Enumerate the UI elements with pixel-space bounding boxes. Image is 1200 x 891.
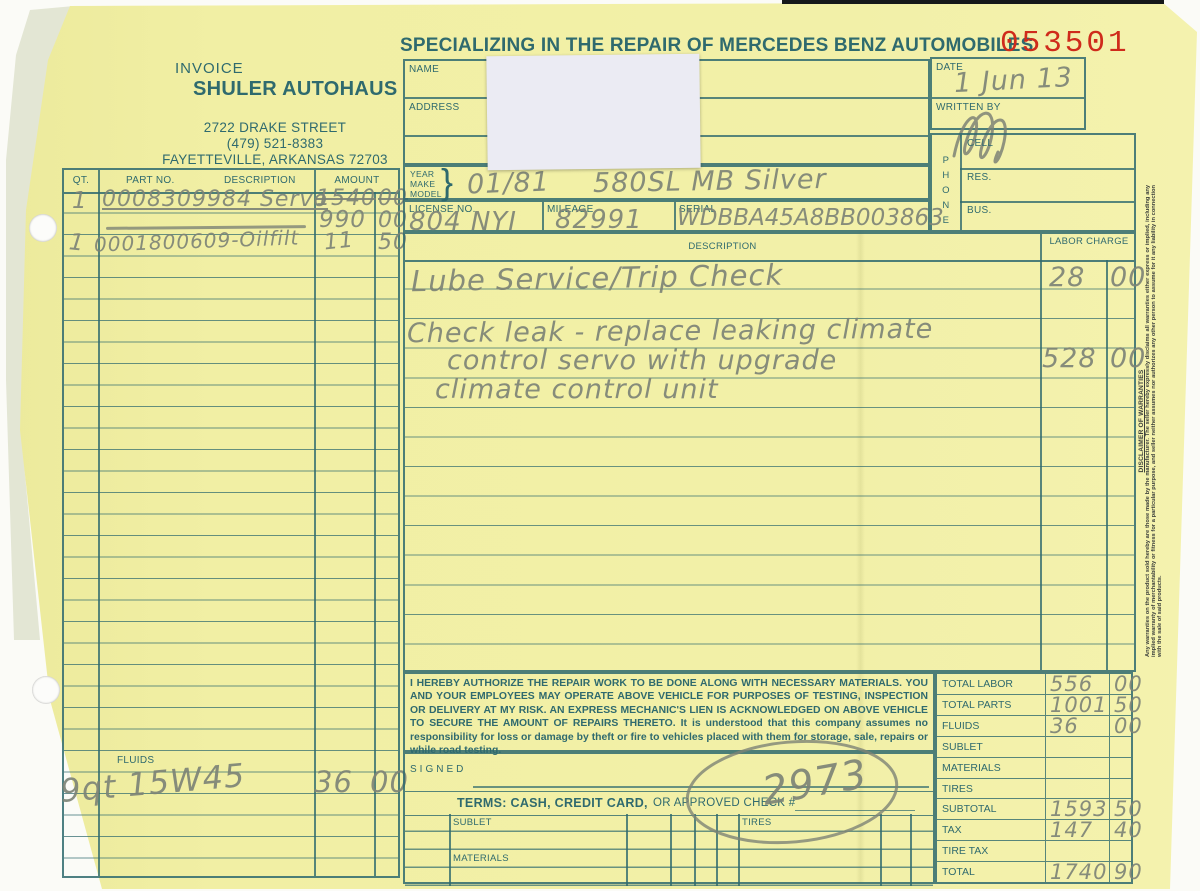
totals-row-label: TIRES (937, 779, 1046, 799)
totals-amount-cell: 1593 (1046, 799, 1110, 819)
part-qty-handwriting: 1 (72, 190, 88, 213)
terms-label: TERMS: CASH, CREDIT CARD, (457, 796, 648, 810)
amount-header: AMOUNT (314, 175, 400, 186)
mileage-handwriting: 82991 (555, 207, 643, 233)
totals-row: TOTAL LABOR 556 00 (937, 674, 1131, 694)
privacy-sticker (486, 54, 700, 171)
materials-label: MATERIALS (453, 853, 509, 864)
totals-row-label: TOTAL (937, 862, 1046, 882)
labor-table: DESCRIPTION LABOR CHARGE Lube Service/Tr… (403, 232, 1136, 672)
year-model-handwriting: 01/81 (467, 169, 551, 199)
brace-glyph: } (441, 161, 453, 203)
totals-amount-cell: 147 (1046, 820, 1110, 840)
totals-cents-cell (1110, 841, 1131, 861)
totals-row: FLUIDS 36 00 (937, 715, 1131, 736)
name-label: NAME (409, 64, 439, 75)
totals-row-label: SUBTOTAL (937, 799, 1046, 819)
column-divider (542, 202, 544, 230)
column-divider (910, 814, 912, 886)
totals-amount-cell: 36 (1046, 716, 1110, 736)
invoice-number: 053501 (1000, 26, 1130, 61)
totals-amount-handwriting: 147 (1050, 818, 1093, 842)
sublet-label: SUBLET (453, 817, 492, 828)
column-divider (960, 135, 962, 230)
totals-amount-cell: 1740 (1046, 862, 1110, 882)
year-make-model-box: YEAR MAKE MODEL } 01/81 580SL MB Silver (403, 165, 930, 200)
qty-header: QT. (64, 175, 98, 186)
scan-shadow-line (782, 0, 1164, 4)
totals-cents-handwriting: 00 (1114, 714, 1143, 738)
parts-table: QT. PART NO. DESCRIPTION AMOUNT 1 000830… (62, 168, 400, 878)
labor-description-header: DESCRIPTION (405, 241, 1040, 252)
totals-row-label: TOTAL LABOR (937, 674, 1046, 694)
totals-cents-handwriting: 90 (1114, 860, 1143, 884)
totals-cents-cell (1110, 779, 1131, 799)
part-no-header: PART NO. (126, 175, 175, 186)
column-divider (674, 202, 676, 230)
part-amount-handwriting: 11 (323, 229, 355, 254)
totals-cents-cell: 00 (1110, 674, 1131, 694)
cell-label: CELL (967, 138, 993, 149)
address-label: ADDRESS (409, 102, 459, 113)
totals-row-label: FLUIDS (937, 716, 1046, 736)
row-divider (960, 201, 1134, 203)
totals-cents-handwriting: 40 (1114, 818, 1143, 842)
totals-amount-handwriting: 1740 (1050, 860, 1107, 884)
make-model-handwriting: 580SL MB Silver (593, 166, 827, 197)
part-qty-handwriting: 1 (68, 231, 86, 256)
punch-hole (29, 214, 57, 242)
totals-row-label: TOTAL PARTS (937, 695, 1046, 715)
serial-handwriting: WDBBA45A8BB003863 (677, 207, 944, 230)
warranty-disclaimer: DISCLAIMER OF WARRANTIES Any warranties … (1138, 185, 1163, 657)
labor-amount-handwriting: 28 (1049, 264, 1085, 291)
totals-amount-cell (1046, 758, 1110, 778)
labor-line4-handwriting: climate control unit (435, 376, 719, 403)
totals-cents-cell: 00 (1110, 716, 1131, 736)
totals-amount-cell (1046, 737, 1110, 757)
labor-line3-handwriting: control servo with upgrade (447, 347, 837, 374)
year-label: YEAR (410, 169, 434, 179)
parts-description-header: DESCRIPTION (224, 175, 296, 186)
totals-row-label: TIRE TAX (937, 841, 1046, 861)
totals-amount-cell (1046, 841, 1110, 861)
date-box: DATE WRITTEN BY 1 Jun 13 (930, 57, 1086, 130)
company-city: FAYETTEVILLE, ARKANSAS 72703 (125, 152, 425, 167)
totals-amount-cell: 1001 (1046, 695, 1110, 715)
totals-row-label: MATERIALS (937, 758, 1046, 778)
labor-amount-handwriting: 528 (1042, 345, 1097, 372)
totals-row-label: TAX (937, 820, 1046, 840)
labor-charge-header: LABOR CHARGE (1042, 237, 1136, 247)
totals-row: MATERIALS (937, 757, 1131, 778)
res-label: RES. (967, 172, 992, 183)
fluids-amount-handwriting: 36 (314, 768, 353, 797)
signed-label: SIGNED (410, 764, 466, 775)
column-divider (449, 814, 451, 886)
totals-cents-cell: 50 (1110, 695, 1131, 715)
shop-tagline: SPECIALIZING IN THE REPAIR OF MERCEDES B… (400, 35, 1033, 57)
row-divider (960, 168, 1134, 170)
make-label: MAKE (410, 179, 435, 189)
totals-cents-cell: 50 (1110, 799, 1131, 819)
totals-cents-cell (1110, 758, 1131, 778)
punch-hole (32, 676, 60, 704)
totals-row: TOTAL PARTS 1001 50 (937, 694, 1131, 715)
disclaimer-heading: DISCLAIMER OF WARRANTIES (1138, 185, 1145, 657)
totals-amount-handwriting: 36 (1050, 714, 1079, 738)
totals-table: TOTAL LABOR 556 00 TOTAL PARTS 1001 50 F… (935, 672, 1133, 884)
part-number-handwriting: 0008309984 Servo (102, 189, 328, 211)
totals-row: TIRES (937, 778, 1131, 799)
totals-cents-cell (1110, 737, 1131, 757)
license-box: LICENSE NO. MILEAGE SERIAL 804 NYI 82991… (403, 200, 930, 232)
totals-row-label: SUBLET (937, 737, 1046, 757)
scanned-invoice: SPECIALIZING IN THE REPAIR OF MERCEDES B… (0, 0, 1200, 891)
disclaimer-body: Any warranties on the product sold hereb… (1145, 185, 1163, 657)
column-divider (626, 814, 628, 886)
totals-row: TIRE TAX (937, 840, 1131, 861)
doc-type-label: INVOICE (175, 60, 244, 77)
totals-row: SUBTOTAL 1593 50 (937, 798, 1131, 819)
totals-row: SUBLET (937, 736, 1131, 757)
column-divider (670, 814, 672, 886)
totals-row: TAX 147 40 (937, 819, 1131, 840)
totals-amount-cell (1046, 779, 1110, 799)
totals-row: TOTAL 1740 90 (937, 861, 1131, 882)
phone-box: PHONE CELL RES. BUS. (930, 133, 1136, 232)
company-name: SHULER AUTOHAUS (193, 78, 398, 101)
model-label: MODEL (410, 189, 442, 199)
company-street: 2722 DRAKE STREET (140, 120, 410, 135)
totals-cents-cell: 90 (1110, 862, 1131, 882)
labor-line1-handwriting: Lube Service/Trip Check (411, 261, 784, 296)
company-phone: (479) 521-8383 (140, 136, 410, 151)
date-handwriting: 1 Jun 13 (953, 64, 1073, 97)
totals-cents-cell: 40 (1110, 820, 1131, 840)
bus-label: BUS. (967, 205, 992, 216)
totals-amount-cell: 556 (1046, 674, 1110, 694)
labor-line2-handwriting: Check leak - replace leaking climate (407, 316, 934, 348)
